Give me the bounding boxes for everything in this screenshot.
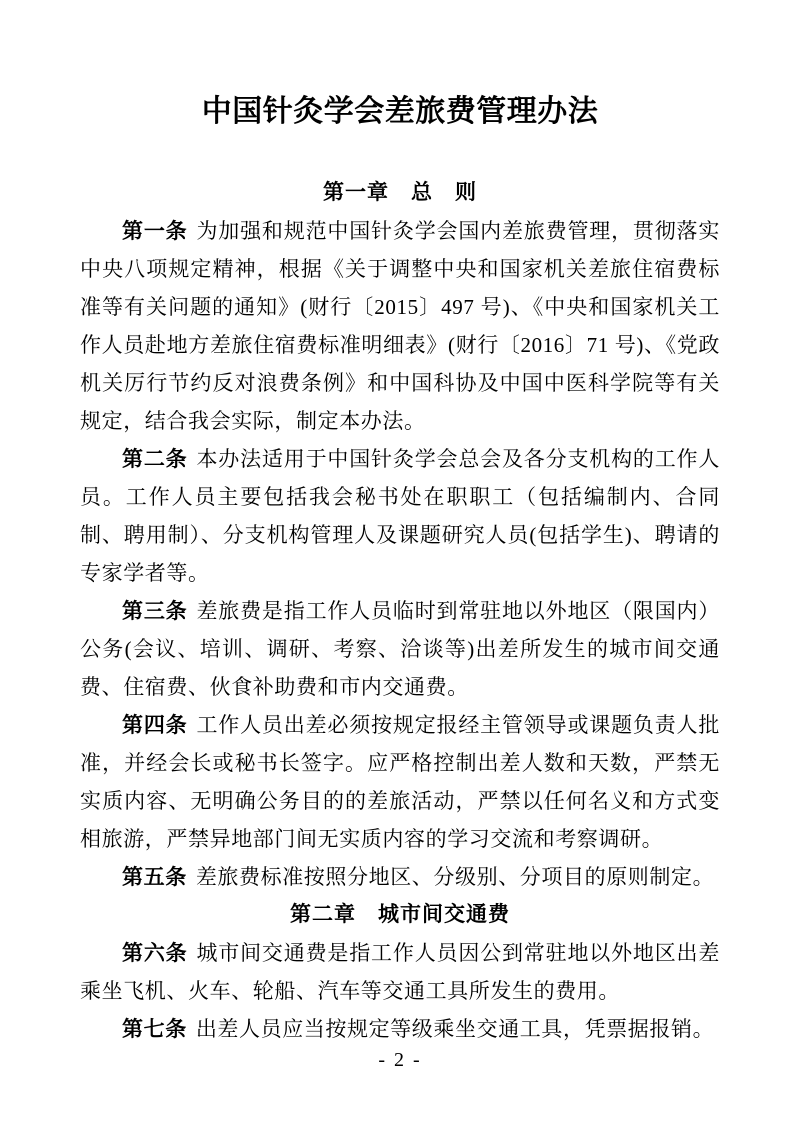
article-3: 第三条差旅费是指工作人员临时到常驻地以外地区（限国内）公务(会议、培训、调研、考… xyxy=(80,592,720,706)
article-7-label: 第七条 xyxy=(122,1017,187,1041)
article-7-text: 出差人员应当按规定等级乘坐交通工具，凭票据报销。 xyxy=(196,1017,714,1041)
document-content: 中国针灸学会差旅费管理办法 第一章 总 则 第一条为加强和规范中国针灸学会国内差… xyxy=(0,0,800,1048)
chapter-1-heading: 第一章 总 则 xyxy=(80,174,720,212)
article-7: 第七条出差人员应当按规定等级乘坐交通工具，凭票据报销。 xyxy=(80,1010,720,1048)
article-5-text: 差旅费标准按照分地区、分级别、分项目的原则制定。 xyxy=(196,865,714,889)
article-4: 第四条工作人员出差必须按规定报经主管领导或课题负责人批准，并经会长或秘书长签字。… xyxy=(80,706,720,858)
article-1-label: 第一条 xyxy=(122,219,187,243)
article-1: 第一条为加强和规范中国针灸学会国内差旅费管理，贯彻落实中央八项规定精神，根据《关… xyxy=(80,212,720,440)
article-5: 第五条差旅费标准按照分地区、分级别、分项目的原则制定。 xyxy=(80,858,720,896)
document-title: 中国针灸学会差旅费管理办法 xyxy=(80,92,720,132)
article-2: 第二条本办法适用于中国针灸学会总会及各分支机构的工作人员。工作人员主要包括我会秘… xyxy=(80,440,720,592)
document-page: 中国针灸学会差旅费管理办法 第一章 总 则 第一条为加强和规范中国针灸学会国内差… xyxy=(0,0,800,1146)
article-6-label: 第六条 xyxy=(122,941,187,965)
article-2-label: 第二条 xyxy=(122,447,187,471)
article-6: 第六条城市间交通费是指工作人员因公到常驻地以外地区出差乘坐飞机、火车、轮船、汽车… xyxy=(80,934,720,1010)
article-1-text: 为加强和规范中国针灸学会国内差旅费管理，贯彻落实中央八项规定精神，根据《关于调整… xyxy=(80,219,720,433)
article-5-label: 第五条 xyxy=(122,865,187,889)
article-3-label: 第三条 xyxy=(122,599,187,623)
article-4-label: 第四条 xyxy=(122,713,187,737)
chapter-2-heading: 第二章 城市间交通费 xyxy=(80,896,720,934)
page-number: - 2 - xyxy=(0,1046,800,1074)
